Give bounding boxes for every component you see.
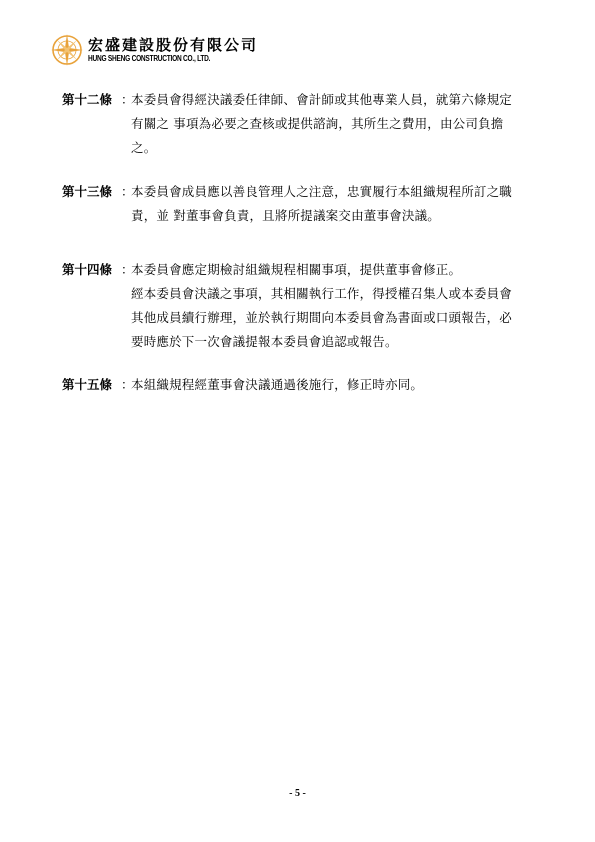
article-12: 第十二條 ： 本委員會得經決議委任律師、會計師或其他專業人員，就第六條規定 有關… <box>62 88 542 160</box>
article-line: 經本委員會決議之事項，其相關執行工作，得授權召集人或本委員會 <box>62 282 542 306</box>
article-line: 本委員會得經決議委任律師、會計師或其他專業人員，就第六條規定 <box>131 88 542 112</box>
page-number: - 5 - <box>0 788 595 799</box>
article-label: 第十二條 <box>62 88 121 112</box>
article-15: 第十五條 ： 本組織規程經董事會決議通過後施行，修正時亦同。 <box>62 373 542 397</box>
article-colon: ： <box>121 180 131 204</box>
article-line: 本委員會應定期檢討組織規程相關事項，提供董事會修正。 <box>131 258 542 282</box>
article-label: 第十四條 <box>62 258 121 282</box>
article-14: 第十四條 ： 本委員會應定期檢討組織規程相關事項，提供董事會修正。 經本委員會決… <box>62 258 542 354</box>
company-name-en: HUNG SHENG CONSTRUCTION CO., LTD. <box>88 54 227 64</box>
article-line: 本組織規程經董事會決議通過後施行，修正時亦同。 <box>131 373 542 397</box>
article-label: 第十五條 <box>62 373 121 397</box>
article-line: 之。 <box>62 136 542 160</box>
article-colon: ： <box>121 258 131 282</box>
company-name-cn: 宏盛建設股份有限公司 <box>88 36 258 54</box>
article-colon: ： <box>121 88 131 112</box>
compass-star-logo-icon <box>50 33 84 67</box>
article-13: 第十三條 ： 本委員會成員應以善良管理人之注意，忠實履行本組織規程所訂之職 責，… <box>62 180 542 228</box>
article-line: 責，並 對董事會負責，且將所提議案交由董事會決議。 <box>62 204 542 228</box>
article-colon: ： <box>121 373 131 397</box>
article-line: 本委員會成員應以善良管理人之注意，忠實履行本組織規程所訂之職 <box>131 180 542 204</box>
article-line: 有關之 事項為必要之查核或提供諮詢，其所生之費用，由公司負擔 <box>62 112 542 136</box>
article-line: 其他成員續行辦理，並於執行期間向本委員會為書面或口頭報告，必 <box>62 306 542 330</box>
article-line: 要時應於下一次會議提報本委員會追認或報告。 <box>62 330 542 354</box>
company-header: 宏盛建設股份有限公司 HUNG SHENG CONSTRUCTION CO., … <box>50 30 258 70</box>
article-label: 第十三條 <box>62 180 121 204</box>
